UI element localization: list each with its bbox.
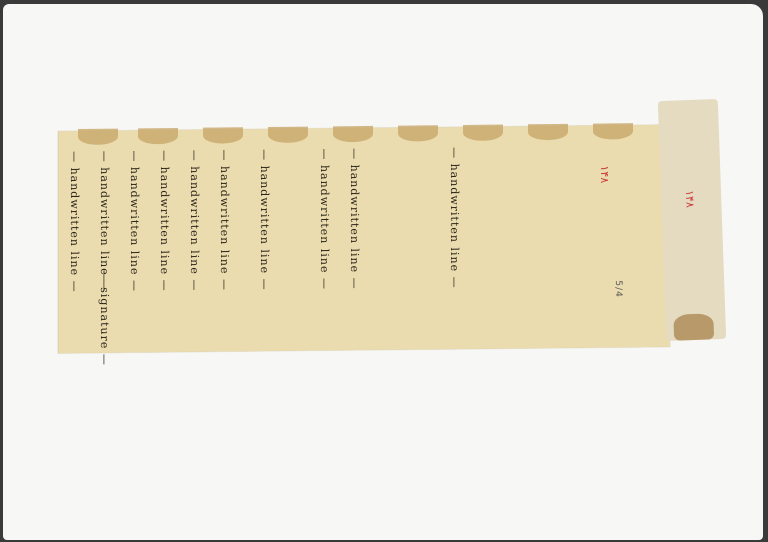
- water-stain: [78, 129, 118, 145]
- red-annotation: ۱۴۸: [598, 165, 611, 183]
- pencil-note: 5/4: [613, 280, 623, 298]
- water-stain: [333, 126, 373, 142]
- text-line: — handwritten line —: [258, 149, 271, 291]
- water-stain: [268, 127, 308, 143]
- text-line: — handwritten line —: [218, 149, 231, 291]
- water-stain: [673, 313, 714, 340]
- water-stain: [203, 127, 243, 143]
- signature: — signature —: [98, 271, 111, 366]
- text-line: — handwritten line —: [68, 151, 81, 293]
- water-stain: [593, 123, 633, 139]
- text-line: — handwritten line —: [188, 150, 201, 292]
- red-annotation: ۱۴۸: [683, 190, 697, 208]
- text-line: — handwritten line —: [128, 150, 141, 292]
- water-stain: [398, 125, 438, 141]
- text-line: — handwritten line —: [348, 148, 361, 290]
- manuscript-sheet: — handwritten line — — handwritten line …: [58, 125, 670, 353]
- water-stain: [528, 124, 568, 140]
- water-stain: [463, 125, 503, 141]
- water-stain: [138, 128, 178, 144]
- paper-strip: ۱۴۸: [658, 99, 726, 341]
- text-line: — handwritten line —: [158, 150, 171, 292]
- text-line: — handwritten line —: [448, 147, 461, 289]
- text-line: — handwritten line —: [318, 148, 331, 290]
